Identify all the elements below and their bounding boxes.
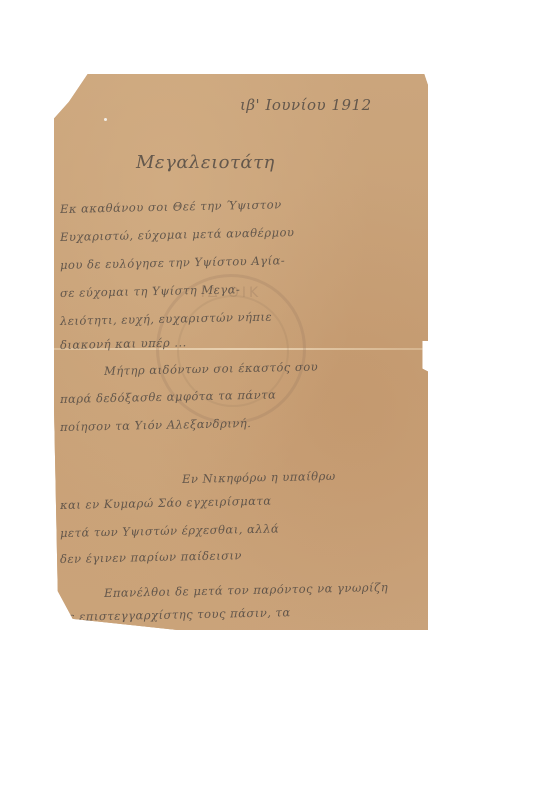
paper-hole: [104, 118, 107, 121]
letter-line: Ευχαριστώ, εύχομαι μετά αναθέρμου: [60, 225, 295, 244]
letter-line: Εκ ακαθάνου σοι Θεέ την Ύψιστον: [60, 197, 282, 216]
letter-line: σε επιστεγγαρχίστης τους πάσιν, τα: [60, 605, 291, 624]
letter-line: Επανέλθοι δε μετά τον παρόντος να γνωρίζ…: [104, 580, 388, 600]
letter-line: και εν Κυμαρώ Σάο εγχειρίσματα: [60, 494, 272, 512]
letter-paper: ΙΔ ΟΙΚ ιβ' Ιουνίου 1912 Μεγαλειοτάτη Εκ …: [54, 74, 428, 630]
letter-date: ιβ' Ιουνίου 1912: [240, 96, 372, 114]
letter-line: Εν Νικηφόρω η υπαίθρω: [182, 469, 336, 486]
letter-line: ποίησον τα Υιόν Αλεξανδρινή.: [60, 416, 252, 434]
letter-salutation: Μεγαλειοτάτη: [136, 152, 275, 173]
letter-line: μετά των Υψιστών έρχεσθαι, αλλά: [60, 521, 279, 540]
scanned-page: ΙΔ ΟΙΚ ιβ' Ιουνίου 1912 Μεγαλειοτάτη Εκ …: [0, 0, 549, 800]
letter-line: διακονή και υπέρ ...: [60, 335, 187, 352]
letter-line: μου δε ευλόγησε την Υψίστου Αγία-: [60, 253, 285, 272]
letter-line: δεν έγινεν παρίων παίδεισιν: [60, 548, 242, 566]
